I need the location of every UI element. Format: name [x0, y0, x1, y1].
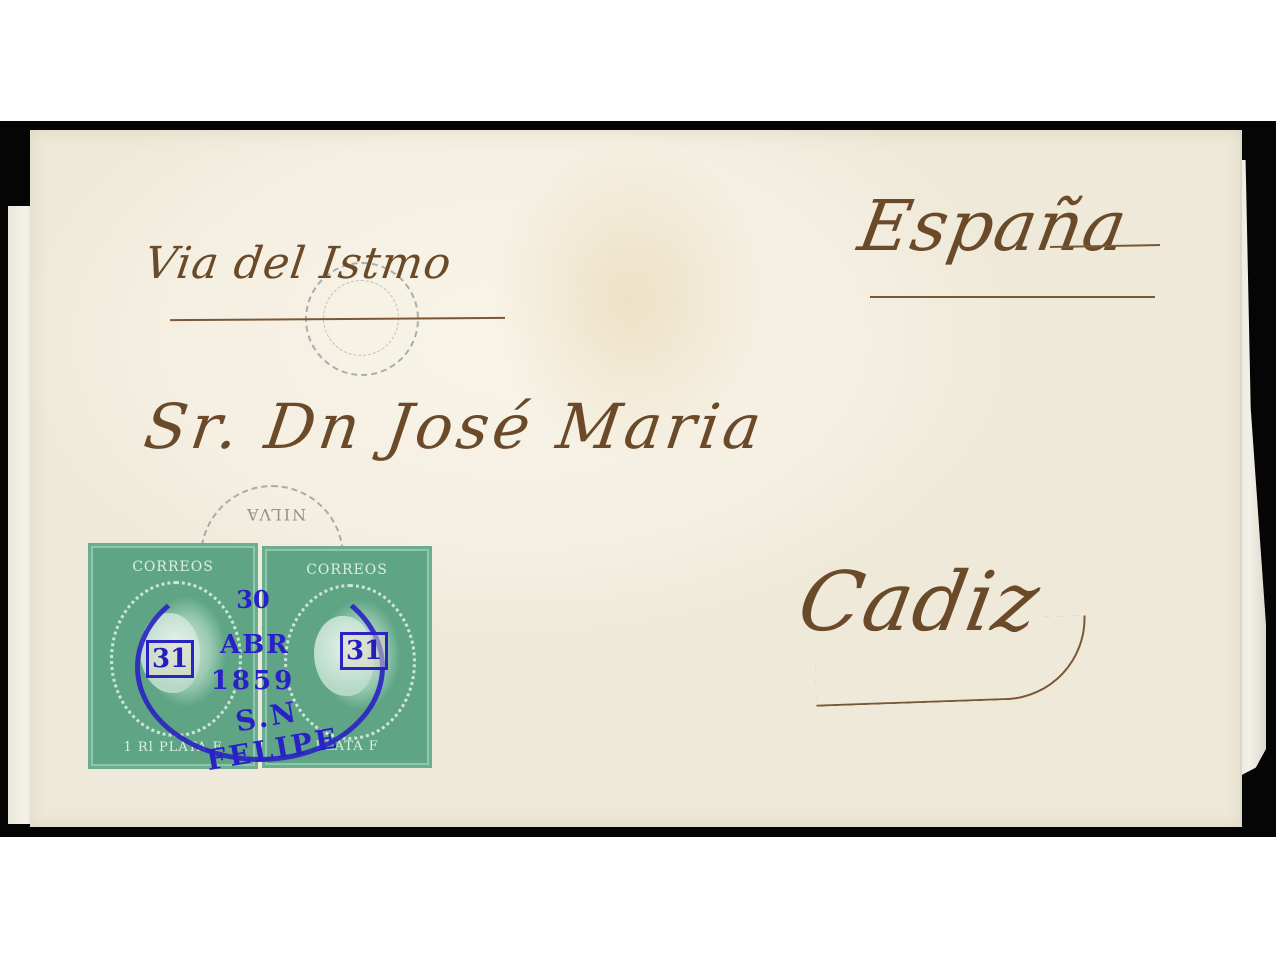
numeral-cancel-right: 31: [340, 632, 388, 670]
paper-edge: [1240, 130, 1242, 827]
addressee-name: Sr. Dn José Maria: [140, 390, 770, 463]
stamp-header: CORREOS: [88, 559, 258, 575]
country-underline: [870, 296, 1155, 298]
cancel-year: 1859: [208, 666, 298, 696]
destination-country: España: [853, 185, 1134, 267]
numeral-cancel-left: 31: [146, 640, 194, 678]
cancel-month: ABR: [210, 630, 300, 660]
cancel-day: 30: [233, 585, 273, 614]
routing-instruction: Via del Istmo: [141, 238, 455, 289]
transit-postmark-2-text: NILVA: [245, 505, 306, 524]
